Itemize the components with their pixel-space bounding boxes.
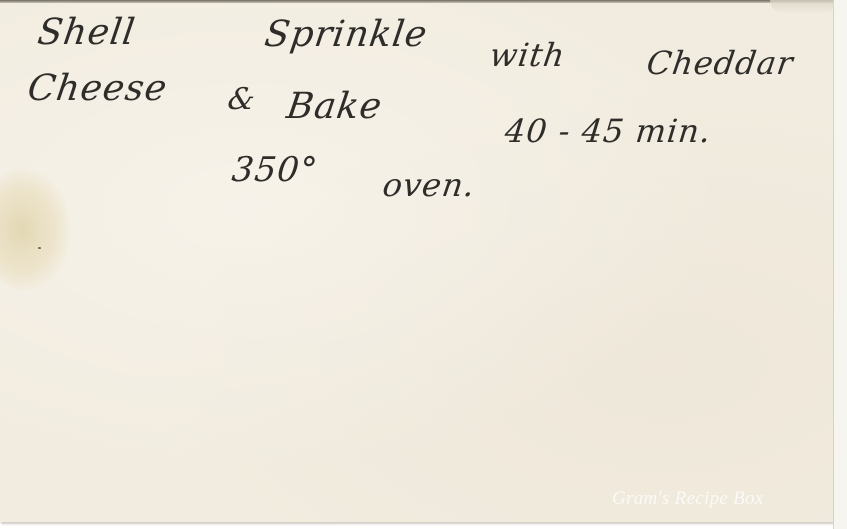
handwriting-word: Cheddar xyxy=(644,44,796,82)
oven-temperature: 350° xyxy=(230,150,320,190)
handwriting-word: with xyxy=(487,36,567,74)
handwriting-word: oven. xyxy=(380,166,477,204)
handwriting-word: Sprinkle xyxy=(262,14,430,55)
handwriting-ampersand: & xyxy=(226,82,259,117)
card-corner-wear xyxy=(770,0,833,14)
stain-speck xyxy=(38,247,41,249)
recipe-card: Shell Sprinkle with Cheddar Cheese & Bak… xyxy=(0,0,833,522)
scan-margin xyxy=(833,0,847,529)
card-top-edge xyxy=(0,0,833,3)
handwriting-word: Cheese xyxy=(25,68,170,109)
handwriting-word: Shell xyxy=(35,12,138,53)
bake-time: 40 - 45 min. xyxy=(503,112,713,150)
watermark: Gram's Recipe Box xyxy=(612,488,764,510)
stain-mark xyxy=(0,170,70,290)
handwriting-word: Bake xyxy=(284,86,385,127)
